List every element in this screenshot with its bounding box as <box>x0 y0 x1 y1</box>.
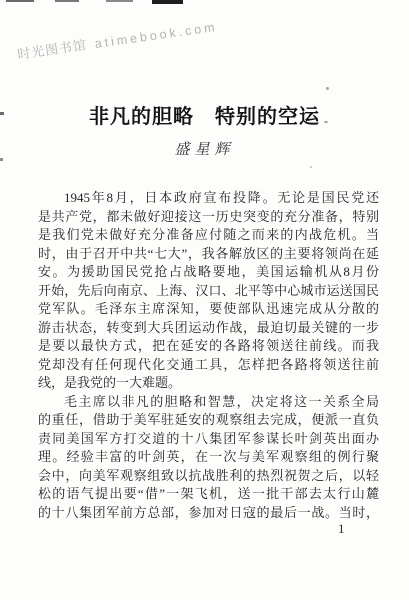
article-title: 非凡的胆略 特别的空运 <box>0 100 409 129</box>
body-line: 1945年8月，日本政府宣布投降。无论是国民党还 <box>38 189 379 208</box>
body-line: 毛主席以非凡的胆略和智慧，决定将这一关系全局 <box>38 393 379 412</box>
watermark-library-name: 时光图书馆 <box>16 37 87 62</box>
body-line: 时，由于召开中共“七大”，我各解放区的主要将领尚在延 <box>38 245 379 264</box>
watermark: 时光图书馆atimebook.com <box>16 8 276 63</box>
body-line: 的十八集团军前方总部，参加对日寇的最后一战。当时， <box>38 504 379 523</box>
scan-artifact-bar <box>106 0 133 2</box>
scan-artifact-speck <box>310 166 312 168</box>
scan-artifact-bar <box>6 0 34 2</box>
body-line: 游击状态，转变到大兵团运动作战，最迫切最关键的一步 <box>38 319 379 338</box>
body-line: 是共产党，都未做好迎接这一历史突变的充分准备，特别 <box>38 208 379 227</box>
page-number: 1 <box>338 521 358 537</box>
body-line: 开始，先后向南京、上海、汉口、北平等中心城市运送国民 <box>38 282 379 301</box>
scan-artifact-speck <box>326 87 329 90</box>
body-line: 是我们党未做好充分准备应付随之而来的内战危机。当 <box>38 226 379 245</box>
body-line: 安。为援助国民党抢占战略要地，美国运输机从8月份 <box>38 263 379 282</box>
body-line: 党军队。毛泽东主席深知，要使部队迅速完成从分散的 <box>38 300 379 319</box>
body-line: 松的语气提出要“借”一架飞机，送一批干部去太行山麓 <box>38 485 379 504</box>
article-author: 盛星辉 <box>0 138 409 159</box>
watermark-site-url: atimebook.com <box>94 20 219 51</box>
body-line: 的重任，借助于美军驻延安的观察组去完成，便派一直负 <box>38 411 379 430</box>
body-line: 会中，向美军观察组致以抗战胜利的热烈祝贺之后，以轻 <box>38 467 379 486</box>
body-line: 党却没有任何现代化交通工具，怎样把各路将领送往前 <box>38 356 379 375</box>
scan-artifact-bar <box>55 0 79 2</box>
body-line: 是要以最快方式，把在延安的各路将领送往前线。而我 <box>38 337 379 356</box>
body-line: 线，是我党的一大难题。 <box>38 374 379 393</box>
scan-artifact-bar <box>152 0 183 4</box>
article-body: 1945年8月，日本政府宣布投降。无论是国民党还 是共产党，都未做好迎接这一历史… <box>38 189 379 522</box>
body-line: 责同美国军方打交道的十八集团军参谋长叶剑英出面办 <box>38 430 379 449</box>
body-line: 理。经验丰富的叶剑英，在一次与美军观察组的例行聚 <box>38 448 379 467</box>
